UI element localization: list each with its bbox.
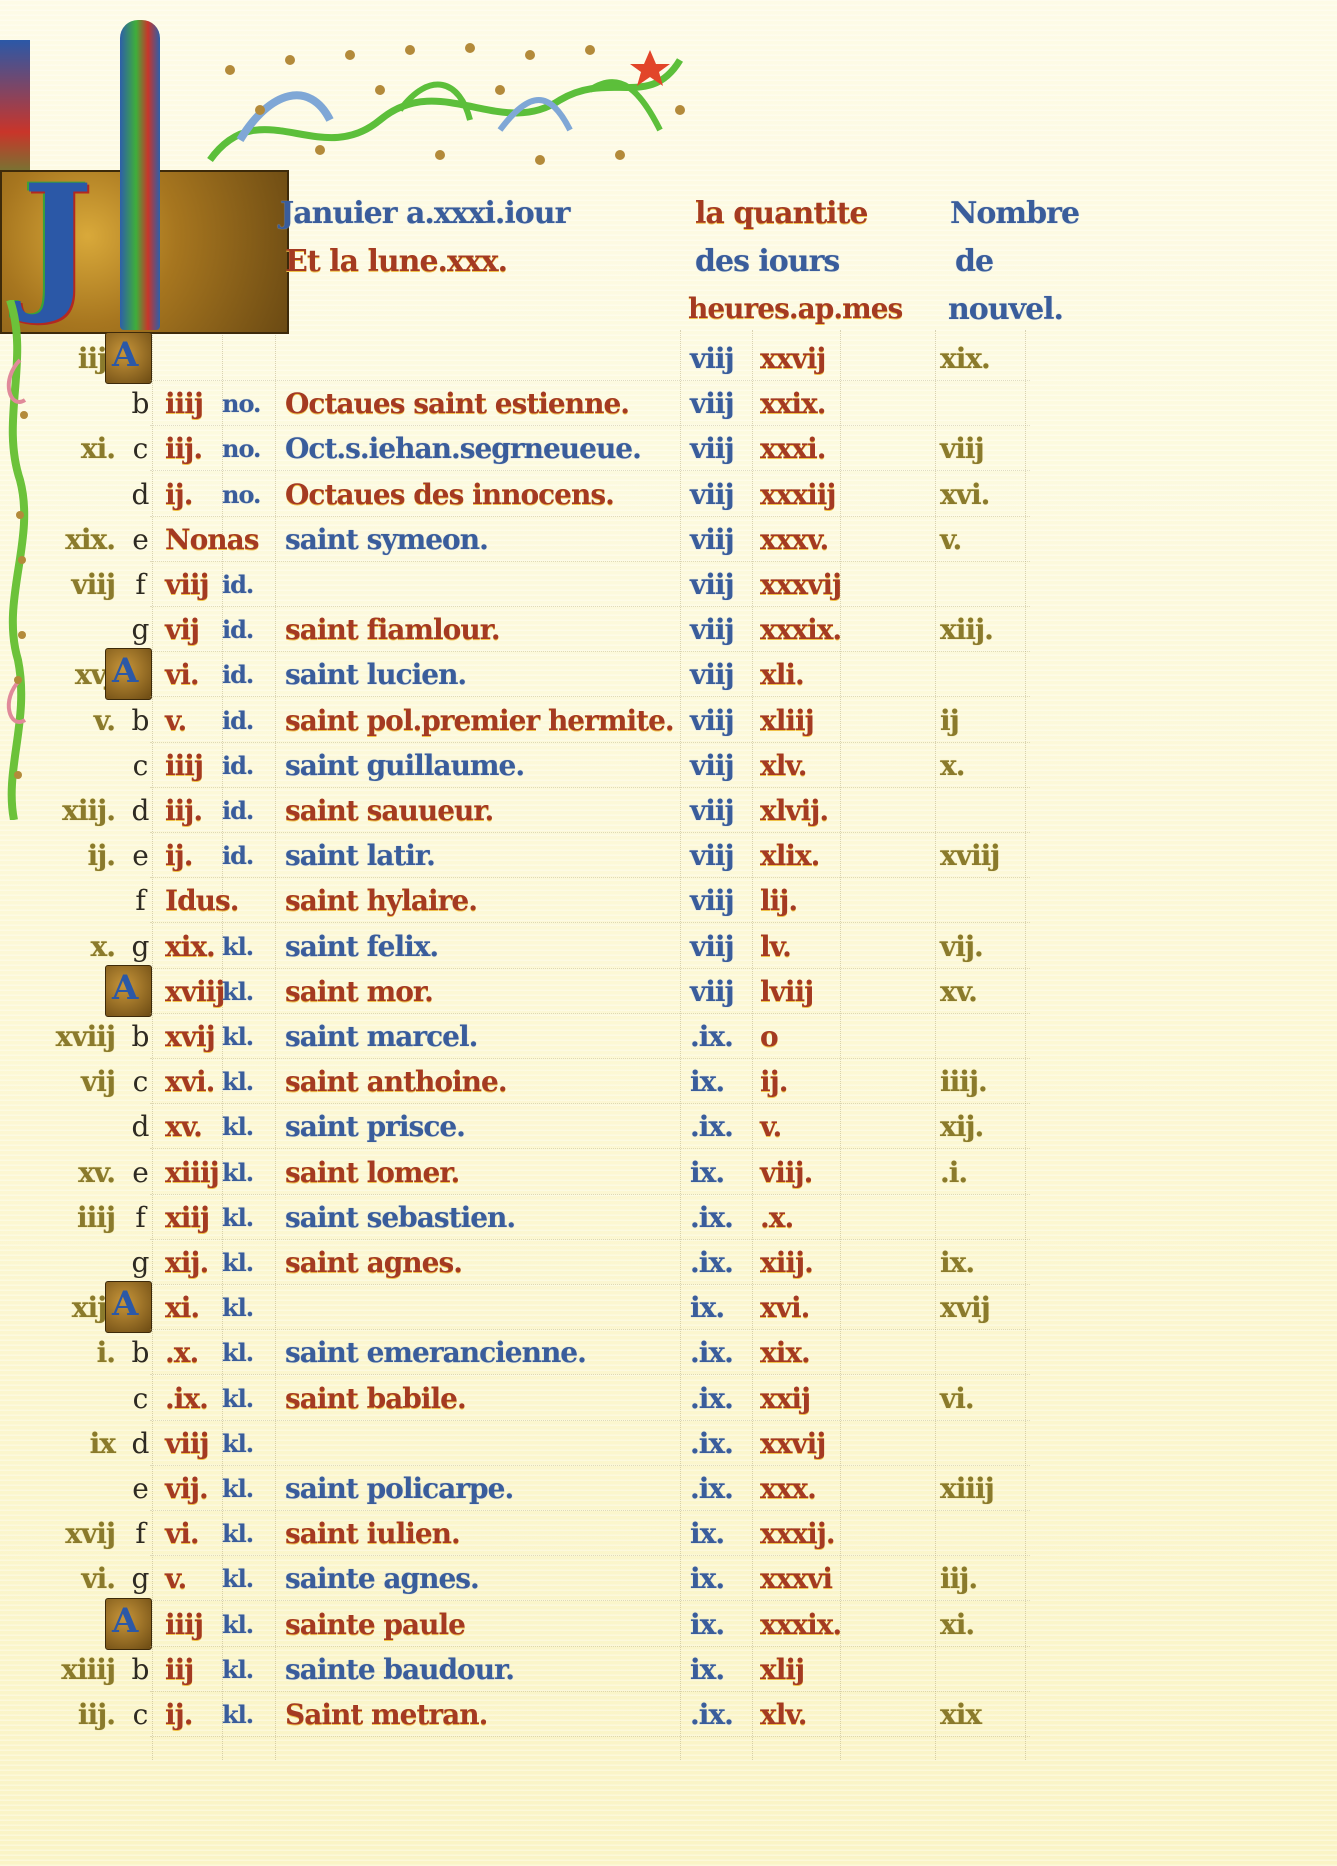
initial-letter: A [112, 1284, 138, 1324]
ruling-line [150, 380, 1030, 381]
roman-day-number: vi. [165, 1513, 220, 1555]
roman-day-number: viij [165, 564, 220, 606]
dominical-letter: f [125, 564, 155, 606]
roman-day-number: xvi. [165, 1061, 220, 1103]
day-length-hours: .ix. [690, 1332, 750, 1374]
roman-day-number: xviij [165, 971, 220, 1013]
golden-number: xviij [40, 1016, 115, 1058]
roman-day-number: iiij [165, 1604, 220, 1646]
roman-term: kl. [222, 1061, 270, 1103]
dominical-letter: d [125, 790, 155, 832]
dominical-letter: d [125, 1423, 155, 1465]
initial-letter: A [112, 968, 138, 1008]
day-length-minutes: xxvij [760, 338, 850, 380]
dominical-letter: f [125, 1197, 155, 1239]
feast-name: saint babile. [285, 1378, 685, 1420]
ruling-line [150, 425, 1030, 426]
feast-name: saint hylaire. [285, 880, 685, 922]
feast-name: saint sauueur. [285, 790, 685, 832]
day-length-minutes: xxxi. [760, 428, 850, 470]
calendar-row: xi.ciij.no.Oct.s.iehan.segrneueue.viijxx… [0, 428, 1100, 470]
calendar-row: xiiijbiijkl.sainte baudour.ix.xlij [0, 1649, 1100, 1691]
golden-number: xvij [40, 1513, 115, 1555]
feast-name: saint sebastien. [285, 1197, 685, 1239]
dominical-letter: e [125, 1468, 155, 1510]
ruling-line [150, 1736, 1030, 1737]
ruling-line [150, 787, 1030, 788]
roman-term: no. [222, 428, 270, 470]
calendar-row: xij.Axi.kl.ix.xvi.xvijA [0, 1287, 1100, 1329]
feast-name: sainte baudour. [285, 1649, 685, 1691]
feast-name: saint prisce. [285, 1106, 685, 1148]
roman-day-number: iiij [165, 745, 220, 787]
new-moon-number: xiij. [940, 609, 1020, 651]
ruling-line [150, 1329, 1030, 1330]
feast-name: saint policarpe. [285, 1468, 685, 1510]
new-moon-number: x. [940, 745, 1020, 787]
day-length-hours: viij [690, 926, 750, 968]
roman-day-number: vij [165, 609, 220, 651]
roman-term: kl. [222, 1423, 270, 1465]
ruling-line [150, 1420, 1030, 1421]
roman-term: kl. [222, 1694, 270, 1736]
dominical-letter: b [125, 1016, 155, 1058]
new-moon-number: xvi. [940, 474, 1020, 516]
small-illuminated-initial-icon: A [105, 1598, 152, 1650]
day-length-hours: viij [690, 474, 750, 516]
ruling-line [150, 1103, 1030, 1104]
roman-day-number: ij. [165, 835, 220, 877]
calendar-row: biiijno.Octaues saint estienne.viijxxix. [0, 383, 1100, 425]
golden-number: vij [40, 1061, 115, 1103]
roman-term: no. [222, 383, 270, 425]
new-moon-number: xv. [940, 971, 1020, 1013]
day-length-hours: viij [690, 564, 750, 606]
feast-name: Octaues des innocens. [285, 474, 685, 516]
day-length-minutes: lij. [760, 880, 850, 922]
day-length-hours: viij [690, 700, 750, 742]
dominical-letter: c [125, 745, 155, 787]
feast-name: sainte paule [285, 1604, 685, 1646]
day-length-minutes: xxxvi [760, 1558, 850, 1600]
day-length-minutes: xiij. [760, 1242, 850, 1284]
calendar-row: dij.no.Octaues des innocens.viijxxxiijxv… [0, 474, 1100, 516]
dominical-letter: c [125, 428, 155, 470]
roman-term: id. [222, 609, 270, 651]
day-length-hours: .ix. [690, 1694, 750, 1736]
calendar-row: Axviijkl.saint mor.viijlviijxv.A [0, 971, 1100, 1013]
calendar-row: xviijbxvijkl.saint marcel..ix.o [0, 1016, 1100, 1058]
golden-number: ix [40, 1423, 115, 1465]
ruling-line [150, 1194, 1030, 1195]
col-header-quantity-1: la quantite [695, 196, 868, 231]
new-moon-number: xvij [940, 1287, 1020, 1329]
roman-day-number: xij. [165, 1242, 220, 1284]
dominical-letter: g [125, 1242, 155, 1284]
roman-day-number: ij. [165, 1694, 220, 1736]
calendar-row: gvijid.saint fiamlour.viijxxxix.xiij. [0, 609, 1100, 651]
day-length-minutes: xvi. [760, 1287, 850, 1329]
ruling-line [150, 1646, 1030, 1647]
feast-name: saint pol.premier hermite. [285, 700, 685, 742]
day-length-hours: .ix. [690, 1242, 750, 1284]
col-header-quantity-2: des iours [695, 244, 839, 279]
calendar-row: dxv.kl.saint prisce..ix.v.xij. [0, 1106, 1100, 1148]
day-length-hours: ix. [690, 1152, 750, 1194]
roman-term: kl. [222, 1558, 270, 1600]
col-header-quantity-3: heures.ap.mes [688, 292, 902, 325]
feast-name: saint symeon. [285, 519, 685, 561]
ruling-line [150, 922, 1030, 923]
new-moon-number: vi. [940, 1378, 1020, 1420]
golden-number: iij. [40, 1694, 115, 1736]
feast-name: saint fiamlour. [285, 609, 685, 651]
day-length-minutes: xliij [760, 700, 850, 742]
small-illuminated-initial-icon: A [105, 332, 152, 384]
day-length-minutes: xlv. [760, 745, 850, 787]
day-length-hours: ix. [690, 1649, 750, 1691]
day-length-hours: ix. [690, 1061, 750, 1103]
day-length-hours: .ix. [690, 1197, 750, 1239]
dominical-letter: g [125, 609, 155, 651]
golden-number: xiiij [40, 1649, 115, 1691]
dominical-letter: b [125, 1649, 155, 1691]
day-length-minutes: xli. [760, 654, 850, 696]
feast-name: saint felix. [285, 926, 685, 968]
day-length-hours: viij [690, 790, 750, 832]
ruling-line [150, 696, 1030, 697]
calendar-row: xv.exiiijkl.saint lomer.ix.viij..i. [0, 1152, 1100, 1194]
roman-term: kl. [222, 971, 270, 1013]
roman-day-number: vi. [165, 654, 220, 696]
day-length-hours: viij [690, 338, 750, 380]
ruling-line [150, 877, 1030, 878]
ruling-line [150, 1600, 1030, 1601]
day-length-hours: ix. [690, 1558, 750, 1600]
dominical-letter: b [125, 1332, 155, 1374]
day-length-minutes: o [760, 1016, 850, 1058]
manuscript-page: J Januier a.xxxi.iour Et la lune.xxx. la… [0, 0, 1337, 1866]
feast-name: saint mor. [285, 971, 685, 1013]
roman-term: kl. [222, 1016, 270, 1058]
golden-number: xix. [40, 519, 115, 561]
day-length-hours: viij [690, 519, 750, 561]
small-illuminated-initial-icon: A [105, 965, 152, 1017]
roman-term: kl. [222, 926, 270, 968]
golden-number: vi. [40, 1558, 115, 1600]
day-length-hours: viij [690, 835, 750, 877]
small-illuminated-initial-icon: A [105, 648, 152, 700]
day-length-minutes: xxix. [760, 383, 850, 425]
roman-term: id. [222, 835, 270, 877]
ruling-line [150, 470, 1030, 471]
ruling-line [150, 1058, 1030, 1059]
new-moon-number: xij. [940, 1106, 1020, 1148]
golden-number: xvj [40, 654, 115, 696]
roman-day-number: iiij [165, 383, 220, 425]
new-moon-number: xiiij [940, 1468, 1020, 1510]
feast-name: Octaues saint estienne. [285, 383, 685, 425]
new-moon-number: viij [940, 428, 1020, 470]
day-length-minutes: xxx. [760, 1468, 850, 1510]
ruling-line [150, 1510, 1030, 1511]
calendar-row: viijfviijid.viijxxxvij [0, 564, 1100, 606]
golden-number: xij. [40, 1287, 115, 1329]
calendar-row: x.gxix.kl.saint felix.viijlv.vij. [0, 926, 1100, 968]
feast-name: saint anthoine. [285, 1061, 685, 1103]
roman-term: id. [222, 790, 270, 832]
day-length-hours: .ix. [690, 1468, 750, 1510]
roman-day-number: vij. [165, 1468, 220, 1510]
roman-term: kl. [222, 1604, 270, 1646]
dominical-letter: f [125, 1513, 155, 1555]
day-length-minutes: xlv. [760, 1694, 850, 1736]
feast-name: Saint metran. [285, 1694, 685, 1736]
calendar-row: xvijfvi.kl.saint iulien.ix.xxxij. [0, 1513, 1100, 1555]
feast-name: saint latir. [285, 835, 685, 877]
floral-vine-border-icon [200, 30, 690, 170]
calendar-row: iij.Aviijxxvijxix.A [0, 338, 1100, 380]
illuminated-initial-stem-icon [120, 20, 160, 330]
dominical-letter: d [125, 474, 155, 516]
ruling-line [150, 606, 1030, 607]
roman-term: kl. [222, 1332, 270, 1374]
day-length-minutes: lviij [760, 971, 850, 1013]
calendar-row: fIdus.saint hylaire.viijlij. [0, 880, 1100, 922]
new-moon-number: xix. [940, 338, 1020, 380]
day-length-minutes: xxvij [760, 1423, 850, 1465]
day-length-hours: viij [690, 383, 750, 425]
roman-day-number: iij. [165, 428, 220, 470]
day-length-hours: .ix. [690, 1016, 750, 1058]
day-length-minutes: xxxv. [760, 519, 850, 561]
initial-letter: A [112, 651, 138, 691]
day-length-minutes: xlij [760, 1649, 850, 1691]
ruling-line [150, 651, 1030, 652]
golden-number: ij. [40, 835, 115, 877]
new-moon-number: ix. [940, 1242, 1020, 1284]
ruling-line [150, 968, 1030, 969]
ruling-line [150, 1691, 1030, 1692]
initial-letter: A [112, 335, 138, 375]
roman-term: kl. [222, 1378, 270, 1420]
ruling-line [150, 1555, 1030, 1556]
day-length-minutes: xlix. [760, 835, 850, 877]
calendar-row: Aiiijkl.sainte pauleix.xxxix.xi.A [0, 1604, 1100, 1646]
day-length-hours: viij [690, 428, 750, 470]
calendar-row: xvjAvi.id.saint lucien.viijxli.A [0, 654, 1100, 696]
roman-day-number: v. [165, 700, 220, 742]
dominical-letter: c [125, 1061, 155, 1103]
roman-day-number: Nonas [165, 519, 220, 561]
roman-term: id. [222, 745, 270, 787]
golden-number: v. [40, 700, 115, 742]
golden-number: iiij [40, 1197, 115, 1239]
day-length-hours: .ix. [690, 1423, 750, 1465]
day-length-minutes: lv. [760, 926, 850, 968]
day-length-hours: viij [690, 880, 750, 922]
dominical-letter: e [125, 519, 155, 561]
calendar-row: evij.kl.saint policarpe..ix.xxx.xiiij [0, 1468, 1100, 1510]
day-length-hours: .ix. [690, 1378, 750, 1420]
calendar-row: xix.eNonassaint symeon.viijxxxv.v. [0, 519, 1100, 561]
golden-number: viij [40, 564, 115, 606]
roman-day-number: viij [165, 1423, 220, 1465]
golden-number: i. [40, 1332, 115, 1374]
new-moon-number: xix [940, 1694, 1020, 1736]
day-length-minutes: xxxvij [760, 564, 850, 606]
day-length-minutes: xxxiij [760, 474, 850, 516]
roman-term: kl. [222, 1197, 270, 1239]
roman-day-number: ij. [165, 474, 220, 516]
calendar-row: v.bv.id.saint pol.premier hermite.viijxl… [0, 700, 1100, 742]
feast-name: saint emerancienne. [285, 1332, 685, 1374]
new-moon-number: .i. [940, 1152, 1020, 1194]
roman-day-number: xi. [165, 1287, 220, 1329]
calendar-row: i.b.x.kl.saint emerancienne..ix.xix. [0, 1332, 1100, 1374]
ruling-line [150, 561, 1030, 562]
roman-day-number: .x. [165, 1332, 220, 1374]
col-header-newmoon-3: nouvel. [948, 292, 1063, 327]
ruling-line [150, 1284, 1030, 1285]
ruling-line [150, 1374, 1030, 1375]
feast-name: saint iulien. [285, 1513, 685, 1555]
roman-term: kl. [222, 1649, 270, 1691]
day-length-minutes: xxij [760, 1378, 850, 1420]
dominical-letter: b [125, 383, 155, 425]
feast-name: saint agnes. [285, 1242, 685, 1284]
new-moon-number: ij [940, 700, 1020, 742]
roman-term: kl. [222, 1287, 270, 1329]
col-header-newmoon-2: de [955, 244, 993, 279]
new-moon-number: iiij. [940, 1061, 1020, 1103]
day-length-hours: ix. [690, 1604, 750, 1646]
new-moon-number: vij. [940, 926, 1020, 968]
day-length-hours: viij [690, 609, 750, 651]
ruling-line [150, 1465, 1030, 1466]
day-length-hours: viij [690, 745, 750, 787]
day-length-hours: viij [690, 971, 750, 1013]
roman-term: kl. [222, 1152, 270, 1194]
dominical-letter: f [125, 880, 155, 922]
roman-term: no. [222, 474, 270, 516]
day-length-minutes: ij. [760, 1061, 850, 1103]
roman-day-number: xvij [165, 1016, 220, 1058]
new-moon-number: xi. [940, 1604, 1020, 1646]
ruling-line [150, 516, 1030, 517]
dominical-letter: e [125, 835, 155, 877]
day-length-hours: .ix. [690, 1106, 750, 1148]
small-illuminated-initial-icon: A [105, 1281, 152, 1333]
new-moon-number: xviij [940, 835, 1020, 877]
roman-day-number: xv. [165, 1106, 220, 1148]
day-length-minutes: xxxix. [760, 609, 850, 651]
ruling-line [150, 832, 1030, 833]
feast-name: saint guillaume. [285, 745, 685, 787]
dominical-letter: e [125, 1152, 155, 1194]
roman-day-number: xix. [165, 926, 220, 968]
day-length-hours: viij [690, 654, 750, 696]
roman-day-number: iij. [165, 790, 220, 832]
golden-number: x. [40, 926, 115, 968]
dominical-letter: c [125, 1378, 155, 1420]
col-header-newmoon-1: Nombre [950, 196, 1079, 231]
calendar-row: gxij.kl.saint agnes..ix.xiij.ix. [0, 1242, 1100, 1284]
day-length-hours: ix. [690, 1513, 750, 1555]
roman-term: kl. [222, 1468, 270, 1510]
ruling-line [150, 1013, 1030, 1014]
roman-day-number: Idus. [165, 880, 220, 922]
feast-name: saint lomer. [285, 1152, 685, 1194]
roman-day-number: v. [165, 1558, 220, 1600]
dominical-letter: d [125, 1106, 155, 1148]
day-length-minutes: v. [760, 1106, 850, 1148]
calendar-row: iiijfxiijkl.saint sebastien..ix..x. [0, 1197, 1100, 1239]
ruling-line [150, 1148, 1030, 1149]
day-length-hours: ix. [690, 1287, 750, 1329]
day-length-minutes: xlvij. [760, 790, 850, 832]
calendar-row: vijcxvi.kl.saint anthoine.ix.ij.iiij. [0, 1061, 1100, 1103]
feast-name: saint marcel. [285, 1016, 685, 1058]
dominical-letter: c [125, 1694, 155, 1736]
calendar-row: ixdviijkl..ix.xxvij [0, 1423, 1100, 1465]
calendar-row: iij.cij.kl.Saint metran..ix.xlv.xix [0, 1694, 1100, 1736]
dominical-letter: g [125, 1558, 155, 1600]
calendar-row: xiij.diij.id.saint sauueur.viijxlvij. [0, 790, 1100, 832]
roman-term: id. [222, 564, 270, 606]
roman-term: id. [222, 700, 270, 742]
new-moon-number: v. [940, 519, 1020, 561]
ruling-line [150, 742, 1030, 743]
new-moon-number: iij. [940, 1558, 1020, 1600]
golden-number: xiij. [40, 790, 115, 832]
feast-name: saint lucien. [285, 654, 685, 696]
calendar-row: ciiijid.saint guillaume.viijxlv.x. [0, 745, 1100, 787]
golden-number: iij. [40, 338, 115, 380]
dominical-letter: g [125, 926, 155, 968]
day-length-minutes: .x. [760, 1197, 850, 1239]
ruling-line [150, 1239, 1030, 1240]
feast-name: sainte agnes. [285, 1558, 685, 1600]
calendar-row: ij.eij.id.saint latir.viijxlix.xviij [0, 835, 1100, 877]
initial-letter: A [112, 1601, 138, 1641]
dominical-letter: b [125, 700, 155, 742]
roman-term: kl. [222, 1106, 270, 1148]
roman-term: kl. [222, 1513, 270, 1555]
day-length-minutes: xix. [760, 1332, 850, 1374]
roman-day-number: .ix. [165, 1378, 220, 1420]
roman-day-number: xiiij [165, 1152, 220, 1194]
feast-name: Oct.s.iehan.segrneueue. [285, 428, 685, 470]
calendar-row: c.ix.kl.saint babile..ix.xxijvi. [0, 1378, 1100, 1420]
roman-term: kl. [222, 1242, 270, 1284]
day-length-minutes: xxxij. [760, 1513, 850, 1555]
day-length-minutes: xxxix. [760, 1604, 850, 1646]
roman-day-number: iij [165, 1649, 220, 1691]
golden-number: xi. [40, 428, 115, 470]
month-title: Januier a.xxxi.iour [280, 196, 569, 231]
calendar-row: vi.gv.kl.sainte agnes.ix.xxxviiij. [0, 1558, 1100, 1600]
roman-day-number: xiij [165, 1197, 220, 1239]
moon-title: Et la lune.xxx. [285, 244, 507, 279]
roman-term: id. [222, 654, 270, 696]
day-length-minutes: viij. [760, 1152, 850, 1194]
golden-number: xv. [40, 1152, 115, 1194]
